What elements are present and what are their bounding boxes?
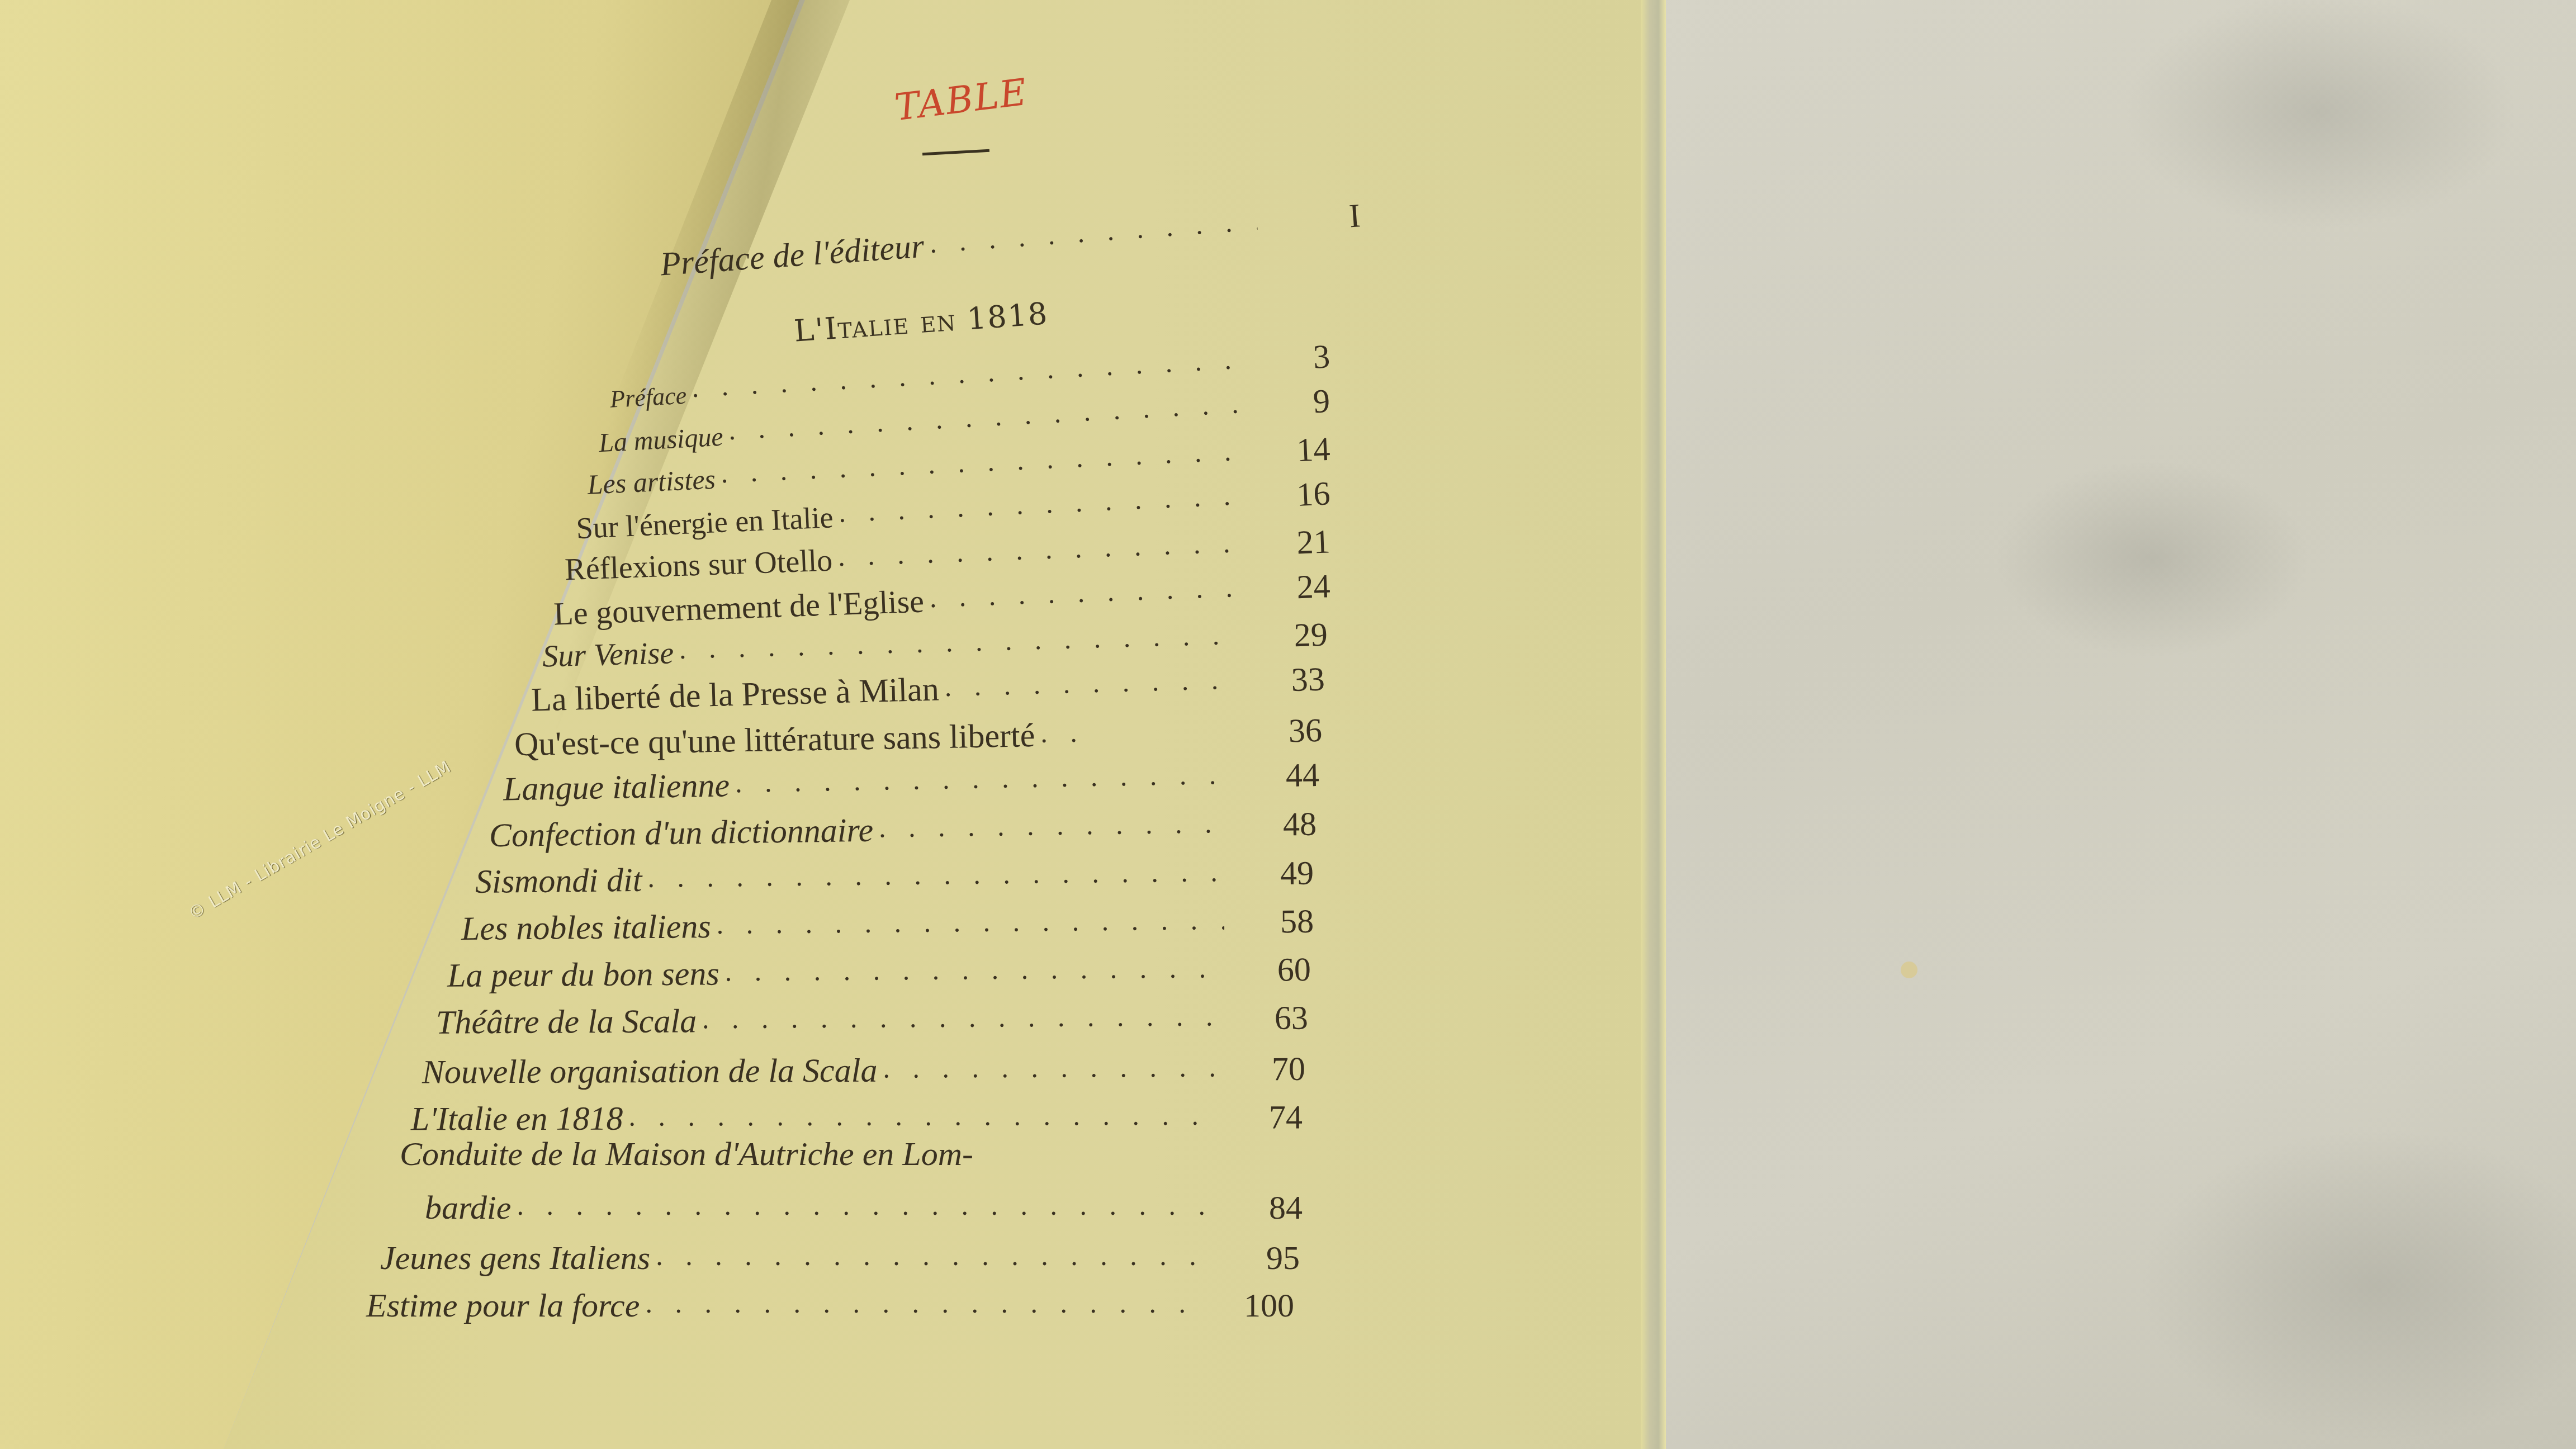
toc-entry: Estime pour la force . . . . . . . . . .… xyxy=(366,1286,1210,1325)
toc-entry-label-line1: Conduite de la Maison d'Autriche en Lom- xyxy=(400,1135,973,1173)
toc-entry: Confection d'un dictionnaire . . . . . .… xyxy=(489,806,1233,855)
toc-entry-page: 49 xyxy=(1235,854,1314,893)
toc-entry-label: Qu'est-ce qu'une littérature sans libert… xyxy=(514,716,1035,764)
toc-entry-page: 74 xyxy=(1224,1098,1303,1137)
toc-entry: Sismondi dit . . . . . . . . . . . . . .… xyxy=(475,854,1230,901)
toc-entry: Les nobles italiens . . . . . . . . . . … xyxy=(461,902,1230,948)
toc-entry-page: 16 xyxy=(1251,474,1331,516)
leader-dots: . . . . . . . . . . . . . . . . . . . . … xyxy=(928,204,1258,259)
toc-entry-page: 44 xyxy=(1240,756,1319,795)
toc-entry-label: Préface xyxy=(609,381,687,414)
leader-dots: . . . . . . . . . . . . . . . . . . . . … xyxy=(944,663,1236,703)
toc-entry-page: 58 xyxy=(1235,902,1314,941)
section-heading: L'Italie en 1818 xyxy=(793,296,1049,349)
toc-entry-label: Préface de l'éditeur xyxy=(659,227,925,284)
toc-entry: L'Italie en 1818 . . . . . . . . . . . .… xyxy=(411,1098,1219,1139)
leader-dots: . . . . . . . . . . . . . . . . . . . . … xyxy=(647,855,1224,894)
toc-entry-label: Nouvelle organisation de la Scala xyxy=(422,1052,878,1092)
toc-entry-label: L'Italie en 1818 xyxy=(411,1100,623,1139)
toc-entry: Nouvelle organisation de la Scala . . . … xyxy=(422,1050,1221,1092)
toc-entry-label: Le gouvernement de l'Eglise xyxy=(553,583,925,633)
toc-entry-page: 48 xyxy=(1238,805,1317,845)
leader-dots: . . . . . . . . . . . . . . . . . . . . … xyxy=(837,526,1242,572)
toc-entry-label: La liberté de la Presse à Milan xyxy=(531,670,939,719)
toc-entry-page: 21 xyxy=(1251,522,1330,563)
leader-dots: . . . . . . . . . . . . . . . . . . . . … xyxy=(929,571,1242,614)
marble-surface xyxy=(1649,0,2576,1449)
toc-entry: Théâtre de la Scala . . . . . . . . . . … xyxy=(436,998,1224,1041)
toc-entry-label: Langue italienne xyxy=(503,766,730,808)
toc-entry-page: 9 xyxy=(1251,382,1330,424)
leader-dots: . . . . . . . . . . . . . . . . . xyxy=(883,1051,1216,1085)
toc-entry-page: 24 xyxy=(1251,567,1330,608)
toc-entry-label: Confection d'un dictionnaire xyxy=(489,811,874,855)
toc-entry-label: Théâtre de la Scala xyxy=(436,1002,697,1041)
toc-entry-label: Les nobles italiens xyxy=(461,907,711,948)
toc-entry-label: Sismondi dit xyxy=(475,861,642,901)
leader-dots: . . . . . . . . . . . . . . . . . . . . … xyxy=(724,951,1221,987)
toc-entry-page: I xyxy=(1281,196,1361,240)
toc-entry-label: La musique xyxy=(598,422,724,459)
toc-entry-page: 60 xyxy=(1233,950,1311,989)
toc-entry: La peur du bon sens . . . . . . . . . . … xyxy=(447,950,1227,995)
leader-dots: . . . . . . . . . . . . . . . . . . . . … xyxy=(656,1239,1210,1272)
toc-entry-label: La peur du bon sens xyxy=(447,954,719,995)
toc-entry-label-line2: bardie xyxy=(425,1188,511,1227)
table-of-contents: Préface de l'éditeur . . . . . . . . . .… xyxy=(0,0,1453,1449)
toc-entry-page: 33 xyxy=(1246,660,1325,700)
leader-dots: . . xyxy=(1040,713,1233,749)
leader-dots: . . . . . . . . . . . . . . . . . . . . … xyxy=(879,807,1228,844)
toc-entry: Jeunes gens Italiens . . . . . . . . . .… xyxy=(380,1238,1216,1277)
toc-entry-label: Jeunes gens Italiens xyxy=(380,1239,650,1277)
toc-entry-page: 14 xyxy=(1251,430,1331,472)
leader-dots: . . . . . . . . . . . . . . . . . . . . … xyxy=(645,1287,1205,1319)
leader-dots: . . . . . . . . . . . . . . . . . . . . … xyxy=(716,903,1224,940)
toc-entry-page: 29 xyxy=(1249,615,1328,656)
leader-dots: . . . . . . . . . . . . . . . . . . . . … xyxy=(702,1000,1219,1035)
toc-entry-label: Sur l'énergie en Italie xyxy=(575,500,834,546)
toc-entry-label: Estime pour la force xyxy=(366,1286,640,1325)
toc-entry: Langue italienne . . . . . . . . . . . .… xyxy=(503,757,1235,809)
toc-entry-page: 84 xyxy=(1224,1188,1303,1227)
toc-entry: Qu'est-ce qu'une littérature sans libert… xyxy=(514,712,1238,764)
toc-entry-page: 70 xyxy=(1227,1050,1305,1088)
leader-dots: . . . . . . . . . . . . . . . . . . . . … xyxy=(735,758,1230,799)
leader-dots: . . . . . . . . . . . . . . . . . . . . … xyxy=(517,1189,1213,1221)
toc-entry-page: 100 xyxy=(1216,1286,1294,1325)
toc-entry: bardie . . . . . . . . . . . . . . . . .… xyxy=(425,1188,1219,1227)
toc-entry-label: Réflexions sur Otello xyxy=(564,543,833,588)
leader-dots: . . . . . . . . . . . . . . . . . . . . … xyxy=(628,1099,1213,1133)
marble-spot xyxy=(1901,962,1917,978)
toc-entry: Préface de l'éditeur . . . . . . . . . .… xyxy=(659,202,1264,283)
page-stack-edge xyxy=(1641,0,1666,1449)
toc-entry-page: 3 xyxy=(1251,337,1330,380)
toc-entry-page: 36 xyxy=(1243,711,1322,751)
toc-entry-label: Les artistes xyxy=(587,463,717,501)
toc-entry-page: 63 xyxy=(1230,999,1308,1038)
toc-entry-label: Sur Venise xyxy=(542,635,674,674)
toc-entry-page: 95 xyxy=(1221,1239,1300,1277)
